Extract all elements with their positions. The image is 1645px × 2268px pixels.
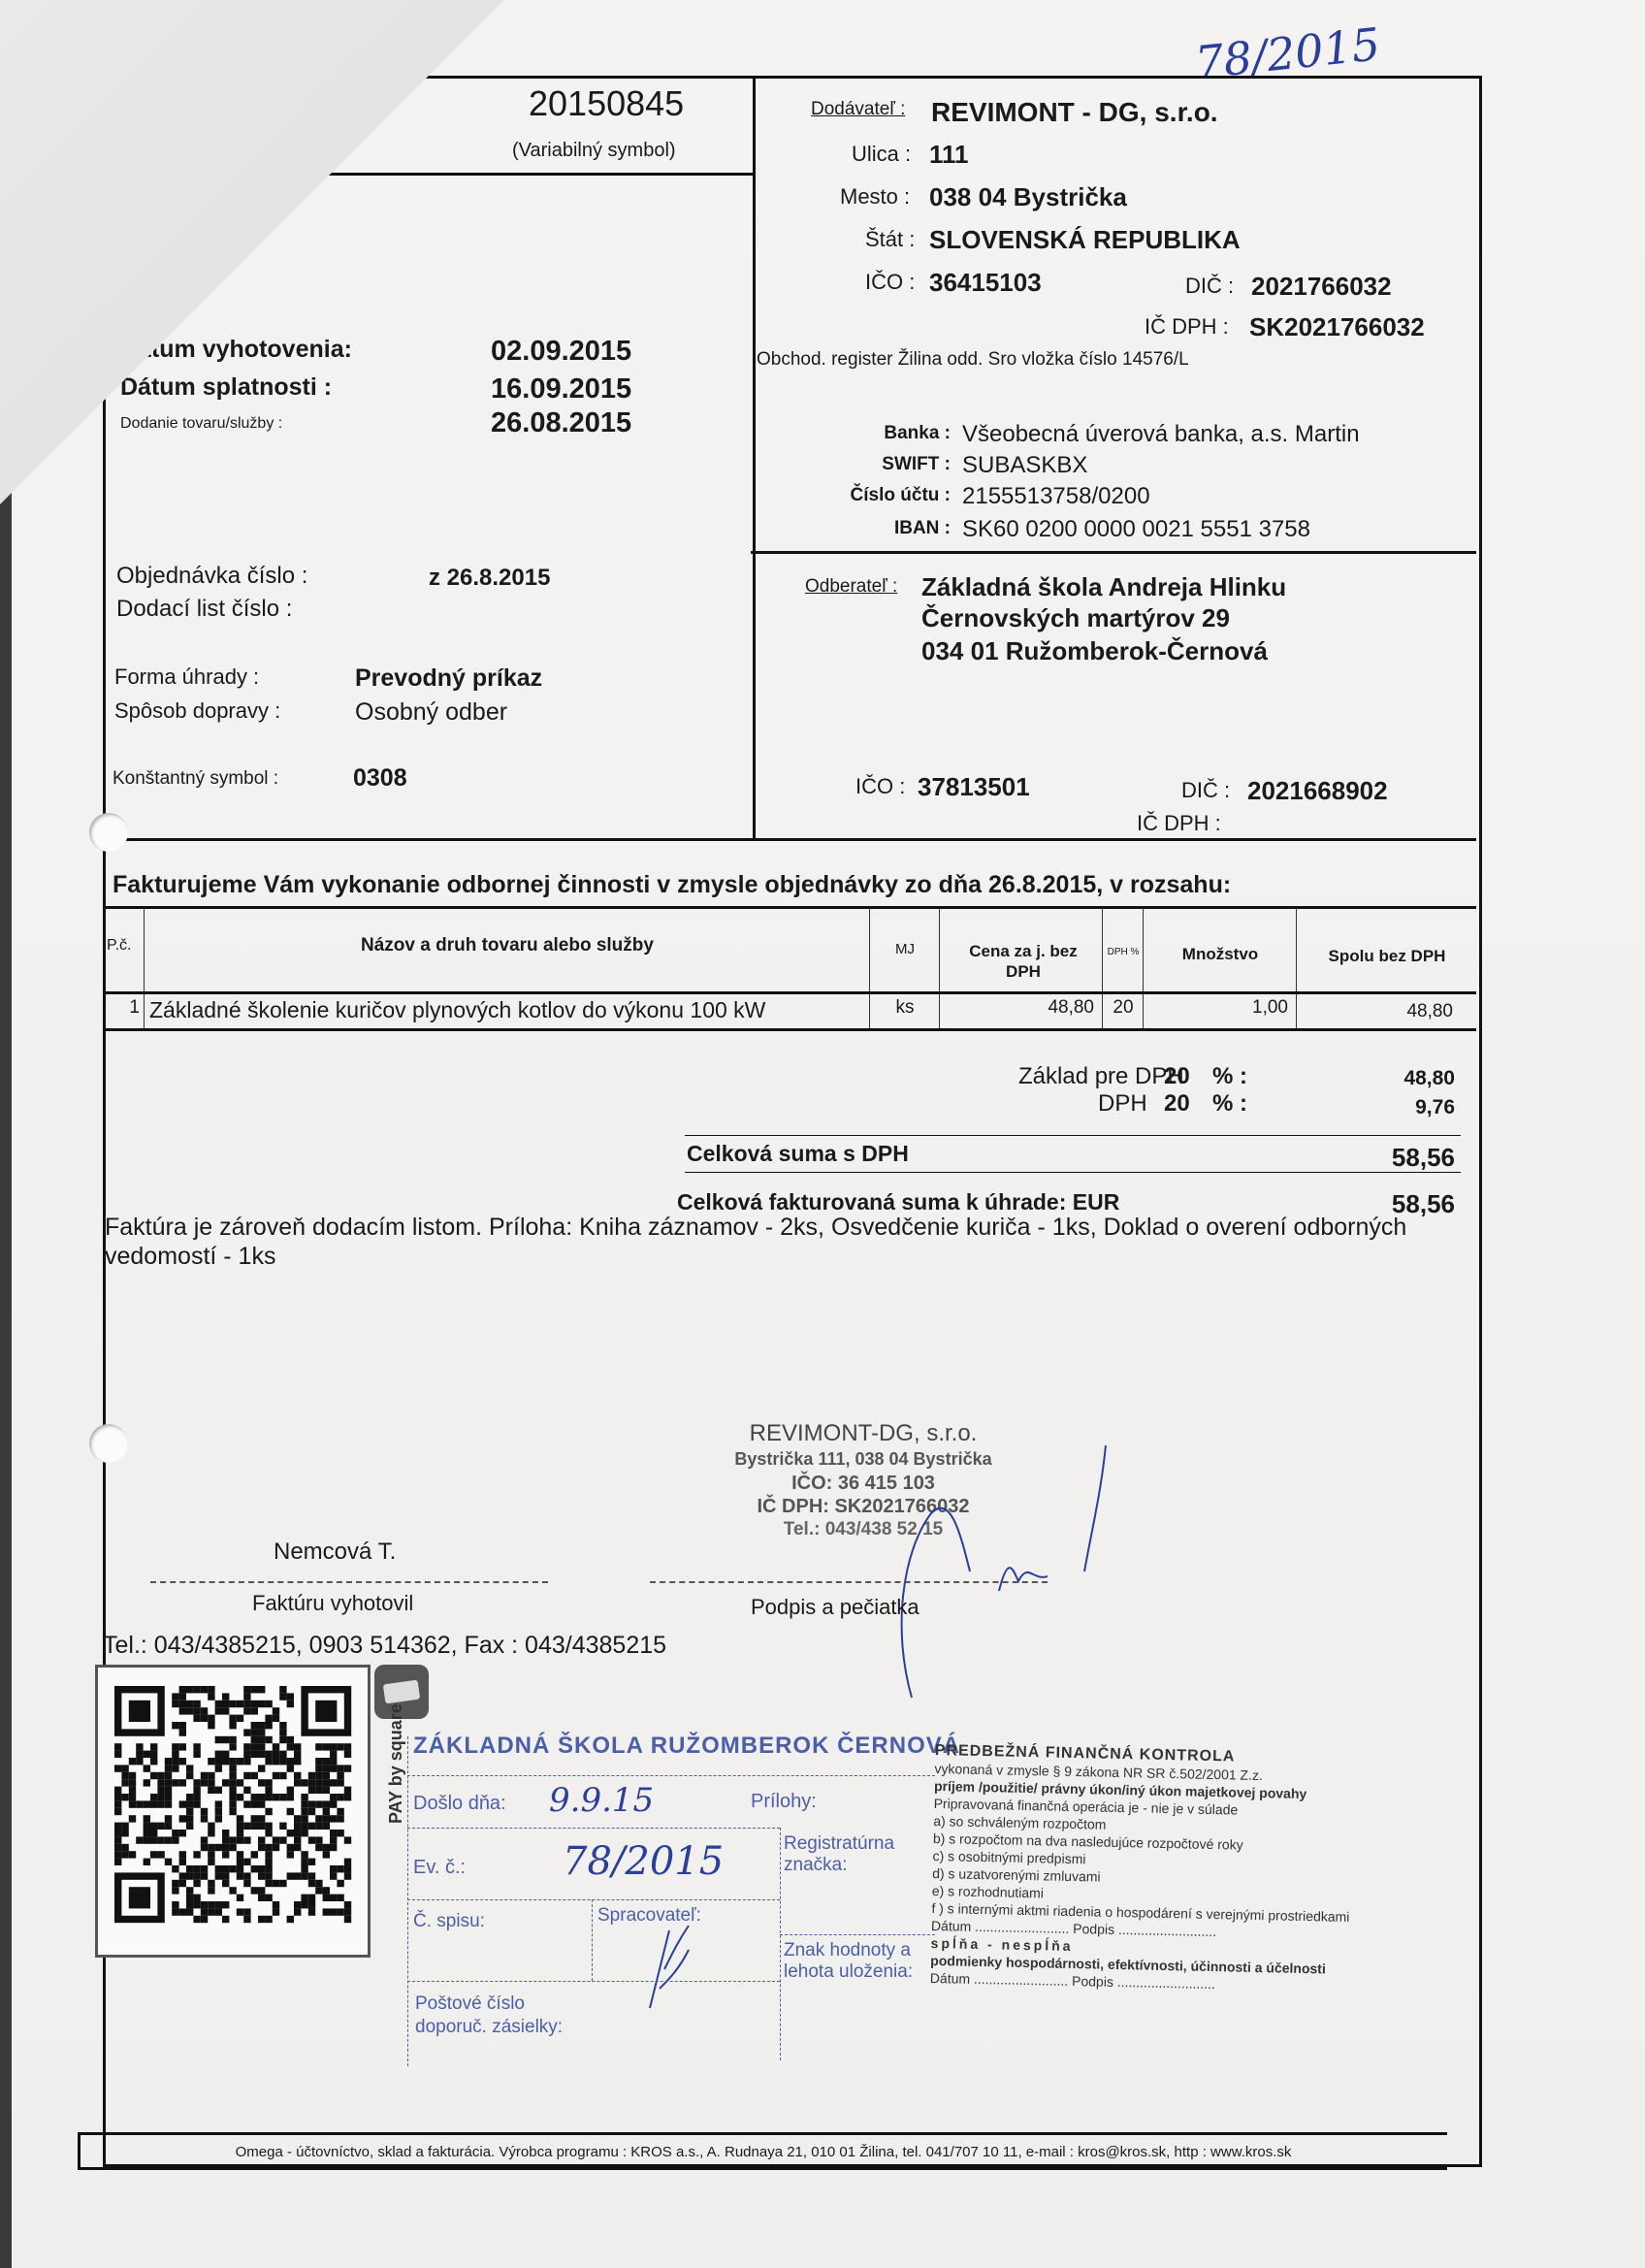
- postal-number-label: Poštové číslo doporuč. zásielky:: [415, 1993, 590, 2039]
- file-number-label: Č. spisu:: [413, 1911, 485, 1932]
- supplier-country-label: Štát :: [865, 227, 915, 252]
- invoice-note: Faktúra je zároveň dodacím listom. Prílo…: [105, 1213, 1463, 1271]
- account-label: Číslo účtu :: [795, 485, 951, 506]
- supplier-street: 111: [929, 140, 969, 170]
- supplier-dic: 2021766032: [1251, 272, 1392, 302]
- due-date-value: 16.09.2015: [491, 373, 631, 405]
- col-header-qty: Množstvo: [1145, 945, 1296, 964]
- vat-value: 9,76: [1339, 1096, 1455, 1119]
- vat-base-value: 48,80: [1339, 1067, 1455, 1090]
- ev-number-label: Ev. č.:: [413, 1857, 466, 1879]
- payment-method-value: Prevodný príkaz: [355, 664, 542, 693]
- attachments-label: Prílohy:: [751, 1791, 817, 1813]
- received-label: Došlo dňa:: [413, 1793, 506, 1815]
- total-with-vat-label: Celková suma s DPH: [687, 1141, 909, 1167]
- amount-due-label: Celková fakturovaná suma k úhrade: EUR: [677, 1189, 1119, 1215]
- delivery-date-value: 26.08.2015: [491, 407, 631, 439]
- col-header-no: P.č.: [107, 937, 132, 955]
- row-cell-unit: ks: [871, 997, 939, 1019]
- received-date: 9.9.15: [549, 1781, 654, 1820]
- account-number: 2155513758/0200: [962, 483, 1150, 510]
- pay-by-square-label: PAY by square: [386, 1703, 406, 1824]
- registry-stamp-title: ZÁKLADNÁ ŠKOLA RUŽOMBEROK ČERNOVÁ: [413, 1733, 960, 1760]
- footer-software-info: Omega - účtovníctvo, sklad a fakturácia.…: [81, 2144, 1445, 2160]
- col-header-name: Názov a druh tovaru alebo služby: [145, 935, 869, 956]
- supplier-city-label: Mesto :: [840, 184, 910, 210]
- vat-pct: % :: [1212, 1090, 1247, 1118]
- supplier-label: Dodávateľ :: [811, 99, 905, 120]
- customer-dic: 2021668902: [1247, 776, 1388, 806]
- iban: SK60 0200 0000 0021 5551 3758: [962, 516, 1310, 543]
- supplier-register: Obchod. register Žilina odd. Sro vložka …: [757, 349, 1189, 371]
- vat-base-rate: 20: [1164, 1063, 1190, 1090]
- row-cell-name: Základné školenie kuričov plynových kotl…: [149, 997, 867, 1023]
- row-cell-no: 1: [107, 997, 140, 1019]
- row-cell-total: 48,80: [1298, 1001, 1453, 1022]
- punch-hole: [89, 1424, 128, 1463]
- delivery-note-label: Dodací list číslo :: [116, 596, 292, 623]
- issuer-name: Nemcová T.: [274, 1539, 396, 1566]
- vat-base-pct: % :: [1212, 1063, 1247, 1090]
- processor-signature: [621, 1911, 698, 2027]
- supplier-icdph: SK2021766032: [1249, 312, 1425, 342]
- customer-street: Černovských martýrov 29: [921, 603, 1230, 633]
- customer-name: Základná škola Andreja Hlinku: [921, 572, 1286, 602]
- invoice-page: 78/2015 o : 20150845 (Variabilný symbol)…: [0, 0, 1645, 2268]
- customer-ico-label: IČO :: [855, 774, 905, 799]
- order-number-label: Objednávka číslo :: [116, 563, 307, 590]
- constant-symbol-value: 0308: [353, 764, 407, 793]
- swift-label: SWIFT :: [824, 454, 951, 475]
- bank-label: Banka :: [824, 423, 951, 444]
- financial-control-items: a) so schváleným rozpočtomb) s rozpočtom…: [931, 1812, 1399, 1927]
- col-header-vat: DPH %: [1104, 947, 1143, 958]
- supplier-icdph-label: IČ DPH :: [1145, 314, 1229, 340]
- financial-control-stamp: PREDBEŽNÁ FINANČNÁ KONTROLA vykonaná v z…: [930, 1742, 1401, 1996]
- supplier-ico: 36415103: [929, 268, 1042, 298]
- invoice-number: 20150845: [529, 83, 684, 124]
- punch-hole: [89, 813, 128, 852]
- registry-mark-label: Registratúrna značka:: [784, 1833, 929, 1876]
- customer-city: 034 01 Ružomberok-Černová: [921, 636, 1268, 666]
- constant-symbol-label: Konštantný symbol :: [113, 768, 278, 790]
- vat-rate: 20: [1164, 1090, 1190, 1118]
- supplier-ico-label: IČO :: [865, 270, 915, 295]
- vat-base-label: Základ pre DPH: [1018, 1063, 1184, 1090]
- transport-label: Spôsob dopravy :: [114, 698, 280, 724]
- col-header-price: Cena za j. bez DPH: [951, 941, 1096, 982]
- row-cell-vat: 20: [1106, 997, 1141, 1019]
- supplier-dic-label: DIČ :: [1185, 274, 1234, 299]
- supplier-name: REVIMONT - DG, s.r.o.: [931, 97, 1218, 128]
- supplier-city: 038 04 Bystrička: [929, 182, 1127, 212]
- bank-name: Všeobecná úverová banka, a.s. Martin: [962, 421, 1360, 448]
- issuer-label: Faktúru vyhotovil: [252, 1591, 413, 1616]
- vat-label: DPH: [1098, 1090, 1147, 1118]
- due-date-label: Dátum splatnosti :: [120, 373, 332, 402]
- customer-dic-label: DIČ :: [1181, 778, 1230, 803]
- swift-code: SUBASKBX: [962, 452, 1087, 479]
- customer-label: Odberateľ :: [805, 576, 897, 598]
- row-cell-qty: 1,00: [1145, 997, 1288, 1019]
- ev-number-value: 78/2015: [563, 1839, 724, 1884]
- order-number-value: z 26.8.2015: [429, 565, 550, 592]
- payment-method-label: Forma úhrady :: [114, 664, 259, 690]
- invoice-intro: Fakturujeme Vám vykonanie odbornej činno…: [113, 871, 1231, 899]
- signature-label: Podpis a pečiatka: [751, 1595, 919, 1620]
- issuer-contacts: Tel.: 043/4385215, 0903 514362, Fax : 04…: [103, 1632, 666, 1660]
- total-with-vat-value: 58,56: [1339, 1143, 1455, 1173]
- delivery-date-label: Dodanie tovaru/služby :: [120, 415, 282, 433]
- issue-date-value: 02.09.2015: [491, 336, 631, 368]
- col-header-total: Spolu bez DPH: [1298, 947, 1476, 966]
- variable-symbol-label: (Variabilný symbol): [512, 140, 676, 162]
- pay-by-square-qr-code[interactable]: [114, 1686, 353, 1932]
- iban-label: IBAN :: [824, 518, 951, 539]
- supplier-street-label: Ulica :: [852, 142, 911, 167]
- col-header-unit: MJ: [871, 941, 939, 957]
- retention-label: Znak hodnoty a lehota uloženia:: [784, 1940, 929, 1983]
- customer-ico: 37813501: [918, 772, 1030, 802]
- customer-icdph-label: IČ DPH :: [1137, 811, 1221, 836]
- supplier-country: SLOVENSKÁ REPUBLIKA: [929, 225, 1241, 255]
- row-cell-price: 48,80: [941, 997, 1094, 1019]
- signature-mark: [873, 1436, 1125, 1707]
- transport-value: Osobný odber: [355, 698, 507, 727]
